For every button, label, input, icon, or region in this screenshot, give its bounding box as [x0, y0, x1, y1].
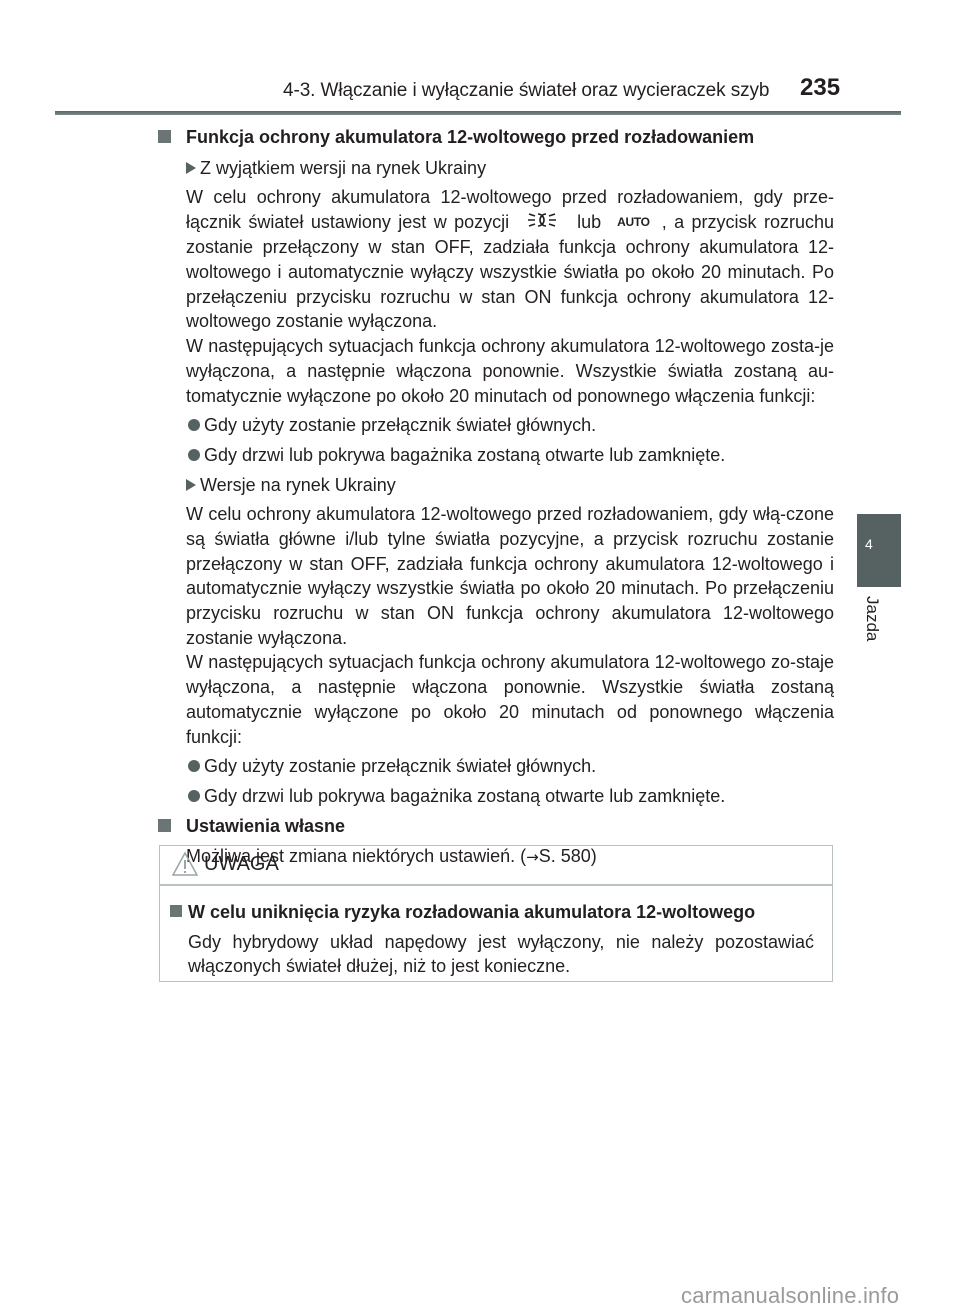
page-content: Funkcja ochrony akumulatora 12-woltowego… — [158, 124, 834, 874]
caution-body: W celu uniknięcia ryzyka rozładowania ak… — [160, 886, 832, 978]
list-item: Gdy użyty zostanie przełącznik świateł g… — [158, 753, 834, 779]
square-bullet-icon — [158, 819, 171, 832]
triangle-bullet-icon — [186, 479, 196, 491]
watermark: carmanualsonline.info — [681, 1283, 899, 1309]
chapter-tab[interactable]: 4 — [857, 514, 901, 587]
section-heading: Ustawienia własne — [158, 813, 834, 839]
section-heading: Funkcja ochrony akumulatora 12-woltowego… — [158, 124, 834, 150]
tail-lights-icon — [527, 211, 557, 236]
caution-text: Gdy hybrydowy układ napędowy jest wyłącz… — [170, 930, 832, 978]
caution-label: UWAGA — [204, 853, 279, 876]
list-item: Gdy drzwi lub pokrywa bagażnika zostaną … — [158, 783, 834, 809]
list-item: Gdy użyty zostanie przełącznik świateł g… — [158, 412, 834, 438]
variant-heading: Wersje na rynek Ukrainy — [158, 472, 834, 498]
paragraph: W celu ochrony akumulatora 12-woltowego … — [158, 502, 834, 749]
paragraph: W celu ochrony akumulatora 12-woltowego … — [158, 185, 834, 408]
chapter-number: 4 — [865, 536, 873, 552]
square-bullet-icon — [170, 905, 182, 917]
list-item: Gdy drzwi lub pokrywa bagażnika zostaną … — [158, 442, 834, 468]
chapter-label: Jazda — [862, 596, 882, 641]
caution-heading: W celu uniknięcia ryzyka rozładowania ak… — [170, 899, 832, 925]
header-divider — [55, 111, 901, 115]
auto-icon: AUTO — [617, 210, 650, 235]
warning-triangle-icon — [172, 851, 198, 882]
page-number: 235 — [800, 74, 840, 102]
section-header-title: 4-3. Włączanie i wyłączanie świateł oraz… — [283, 80, 769, 102]
triangle-bullet-icon — [186, 162, 196, 174]
caution-box: UWAGA W celu uniknięcia ryzyka rozładowa… — [159, 845, 833, 982]
caution-header: UWAGA — [160, 846, 832, 886]
square-bullet-icon — [158, 130, 171, 143]
variant-heading: Z wyjątkiem wersji na rynek Ukrainy — [158, 155, 834, 181]
